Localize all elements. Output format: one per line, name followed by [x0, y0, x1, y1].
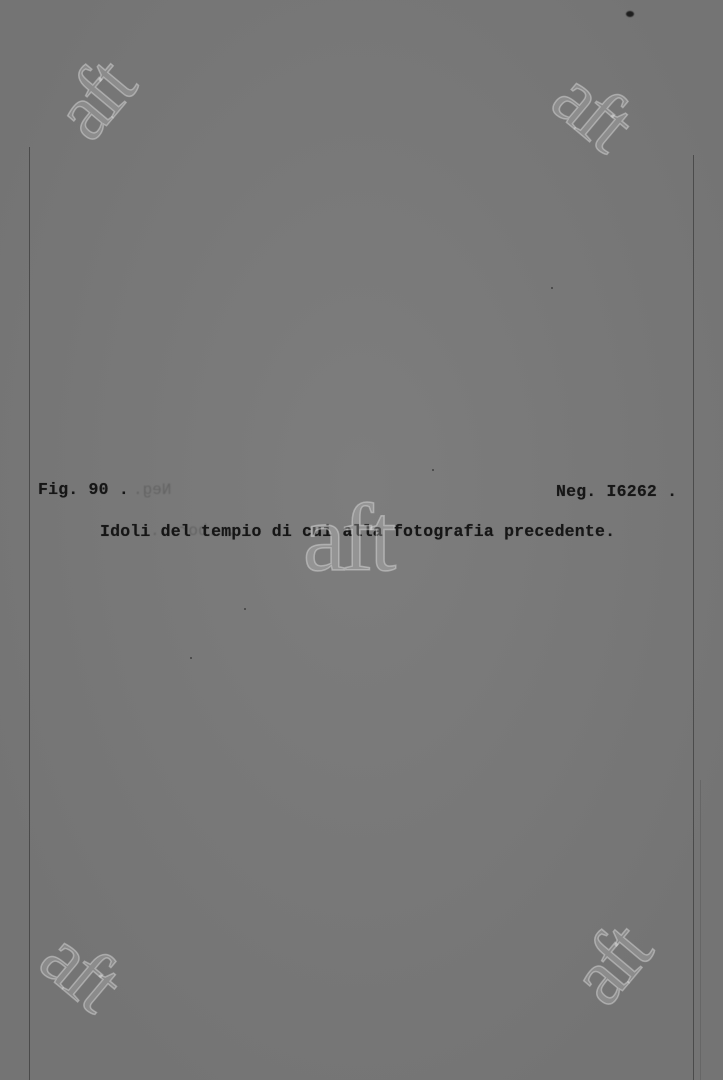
dust-speck: [432, 469, 434, 471]
card-right-edge-shadow: [700, 780, 701, 1080]
figure-number: Fig. 90 .: [38, 480, 129, 499]
bleed-through-text: Neg.: [133, 481, 171, 499]
dust-speck: [626, 11, 634, 17]
dust-speck: [190, 657, 192, 659]
negative-number: Neg. I6262 .: [556, 482, 677, 501]
card-right-edge: [693, 155, 694, 1080]
dust-speck: [244, 608, 246, 610]
watermark-logo: aft: [303, 490, 392, 586]
dust-speck: [551, 287, 553, 289]
card-left-edge: [29, 147, 30, 1080]
